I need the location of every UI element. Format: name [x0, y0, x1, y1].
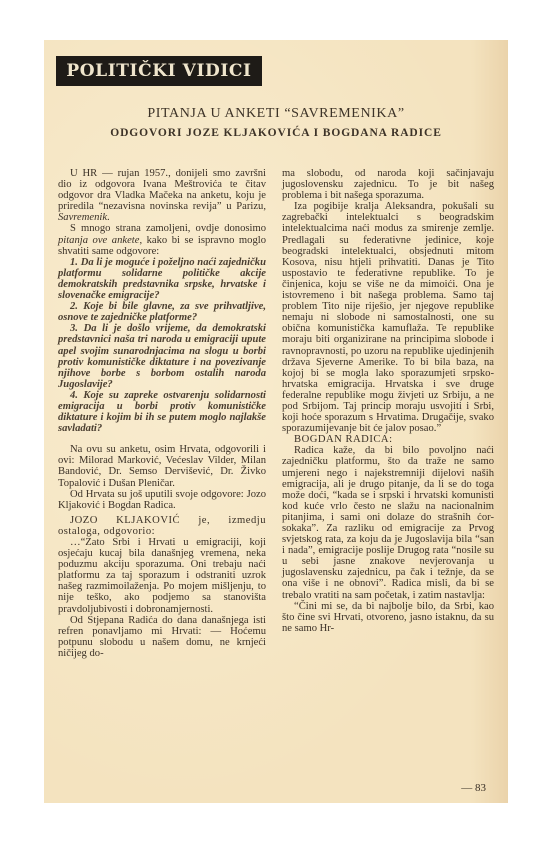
- article-headline: PITANJA U ANKETI “SAVREMENIKA”: [44, 106, 508, 122]
- intro-paragraph: S mnogo strana zamoljeni, ovdje donosimo…: [58, 223, 266, 256]
- continued-paragraph: ma slobodu, od naroda koji sačinjavaju j…: [282, 168, 494, 201]
- page-number: — 83: [461, 782, 486, 794]
- radica-heading: BOGDAN RADICA:: [282, 434, 494, 445]
- aleksandar-paragraph: Iza pogibije kralja Aleksandra, pokušali…: [282, 201, 494, 434]
- section-banner: POLITIČKI VIDICI: [56, 56, 262, 86]
- radic-paragraph: Od Stjepana Radića do dana današnjega is…: [58, 615, 266, 659]
- right-column: ma slobodu, od naroda koji sačinjavaju j…: [282, 168, 494, 634]
- question-2: 2. Koje bi bile glavne, za sve prihvatlj…: [58, 301, 266, 323]
- kljakovic-intro: JOZO KLJAKOVIĆ je, izmedju ostaloga, odg…: [58, 515, 266, 537]
- radica-quote: “Čini mi se, da bi najbolje bilo, da Srb…: [282, 601, 494, 634]
- respondents-paragraph: Na ovu su anketu, osim Hrvata, odgovoril…: [58, 444, 266, 488]
- radica-paragraph: Radica kaže, da bi bilo povoljno naći za…: [282, 445, 494, 600]
- question-3: 3. Da li je došlo vrijeme, da demokratsk…: [58, 323, 266, 390]
- croat-respondents-paragraph: Od Hrvata su još uputili svoje odgovore:…: [58, 489, 266, 511]
- question-1: 1. Da li je moguće i poželjno naći zajed…: [58, 257, 266, 301]
- question-4: 4. Koje su zapreke ostvarenju solidarnos…: [58, 390, 266, 434]
- left-column: U HR — rujan 1957., donijeli smo završni…: [58, 168, 266, 659]
- kljakovic-quote: …“Zato Srbi i Hrvati u emigraciji, koji …: [58, 537, 266, 615]
- magazine-page: POLITIČKI VIDICI PITANJA U ANKETI “SAVRE…: [44, 40, 508, 803]
- intro-paragraph: U HR — rujan 1957., donijeli smo završni…: [58, 168, 266, 223]
- article-subheadline: ODGOVORI JOZE KLJAKOVIĆA I BOGDANA RADIC…: [44, 127, 508, 139]
